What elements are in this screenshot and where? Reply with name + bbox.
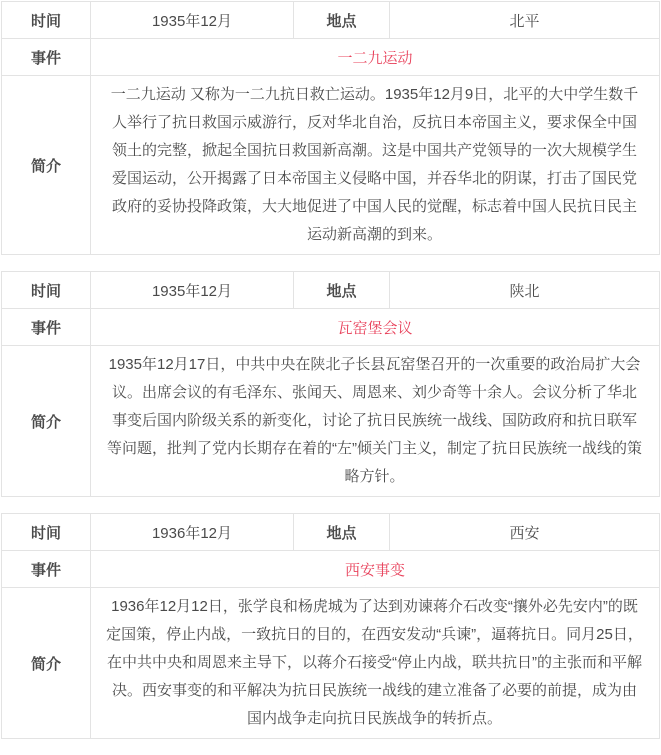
table-row: 时间 1935年12月 地点 北平 <box>2 2 660 39</box>
place-value: 陕北 <box>390 272 660 309</box>
summary-text: 1936年12月12日，张学良和杨虎城为了达到劝谏蒋介石改变“攘外必先安内”的既… <box>91 588 660 739</box>
table-row: 事件 一二九运动 <box>2 39 660 76</box>
table-row: 时间 1935年12月 地点 陕北 <box>2 272 660 309</box>
time-label: 时间 <box>2 514 91 551</box>
time-value: 1935年12月 <box>91 272 294 309</box>
event-table-3: 时间 1936年12月 地点 西安 事件 西安事变 简介 1936年12月12日… <box>1 513 660 739</box>
summary-text: 一二九运动 又称为一二九抗日救亡运动。1935年12月9日，北平的大中学生数千人… <box>91 76 660 255</box>
event-label: 事件 <box>2 39 91 76</box>
place-value: 西安 <box>390 514 660 551</box>
table-row: 事件 西安事变 <box>2 551 660 588</box>
table-row: 简介 1936年12月12日，张学良和杨虎城为了达到劝谏蒋介石改变“攘外必先安内… <box>2 588 660 739</box>
time-label: 时间 <box>2 2 91 39</box>
event-name: 西安事变 <box>91 551 660 588</box>
summary-text: 1935年12月17日，中共中央在陕北子长县瓦窑堡召开的一次重要的政治局扩大会议… <box>91 346 660 497</box>
event-name: 瓦窑堡会议 <box>91 309 660 346</box>
place-label: 地点 <box>294 272 390 309</box>
page: 时间 1935年12月 地点 北平 事件 一二九运动 简介 一二九运动 又称为一… <box>0 0 661 739</box>
place-label: 地点 <box>294 514 390 551</box>
table-row: 事件 瓦窑堡会议 <box>2 309 660 346</box>
time-value: 1935年12月 <box>91 2 294 39</box>
summary-label: 简介 <box>2 346 91 497</box>
time-label: 时间 <box>2 272 91 309</box>
place-value: 北平 <box>390 2 660 39</box>
summary-label: 简介 <box>2 76 91 255</box>
event-label: 事件 <box>2 551 91 588</box>
table-row: 简介 一二九运动 又称为一二九抗日救亡运动。1935年12月9日，北平的大中学生… <box>2 76 660 255</box>
event-table-1: 时间 1935年12月 地点 北平 事件 一二九运动 简介 一二九运动 又称为一… <box>1 1 660 255</box>
table-row: 简介 1935年12月17日，中共中央在陕北子长县瓦窑堡召开的一次重要的政治局扩… <box>2 346 660 497</box>
time-value: 1936年12月 <box>91 514 294 551</box>
event-label: 事件 <box>2 309 91 346</box>
event-name: 一二九运动 <box>91 39 660 76</box>
event-table-2: 时间 1935年12月 地点 陕北 事件 瓦窑堡会议 简介 1935年12月17… <box>1 271 660 497</box>
summary-label: 简介 <box>2 588 91 739</box>
place-label: 地点 <box>294 2 390 39</box>
table-row: 时间 1936年12月 地点 西安 <box>2 514 660 551</box>
